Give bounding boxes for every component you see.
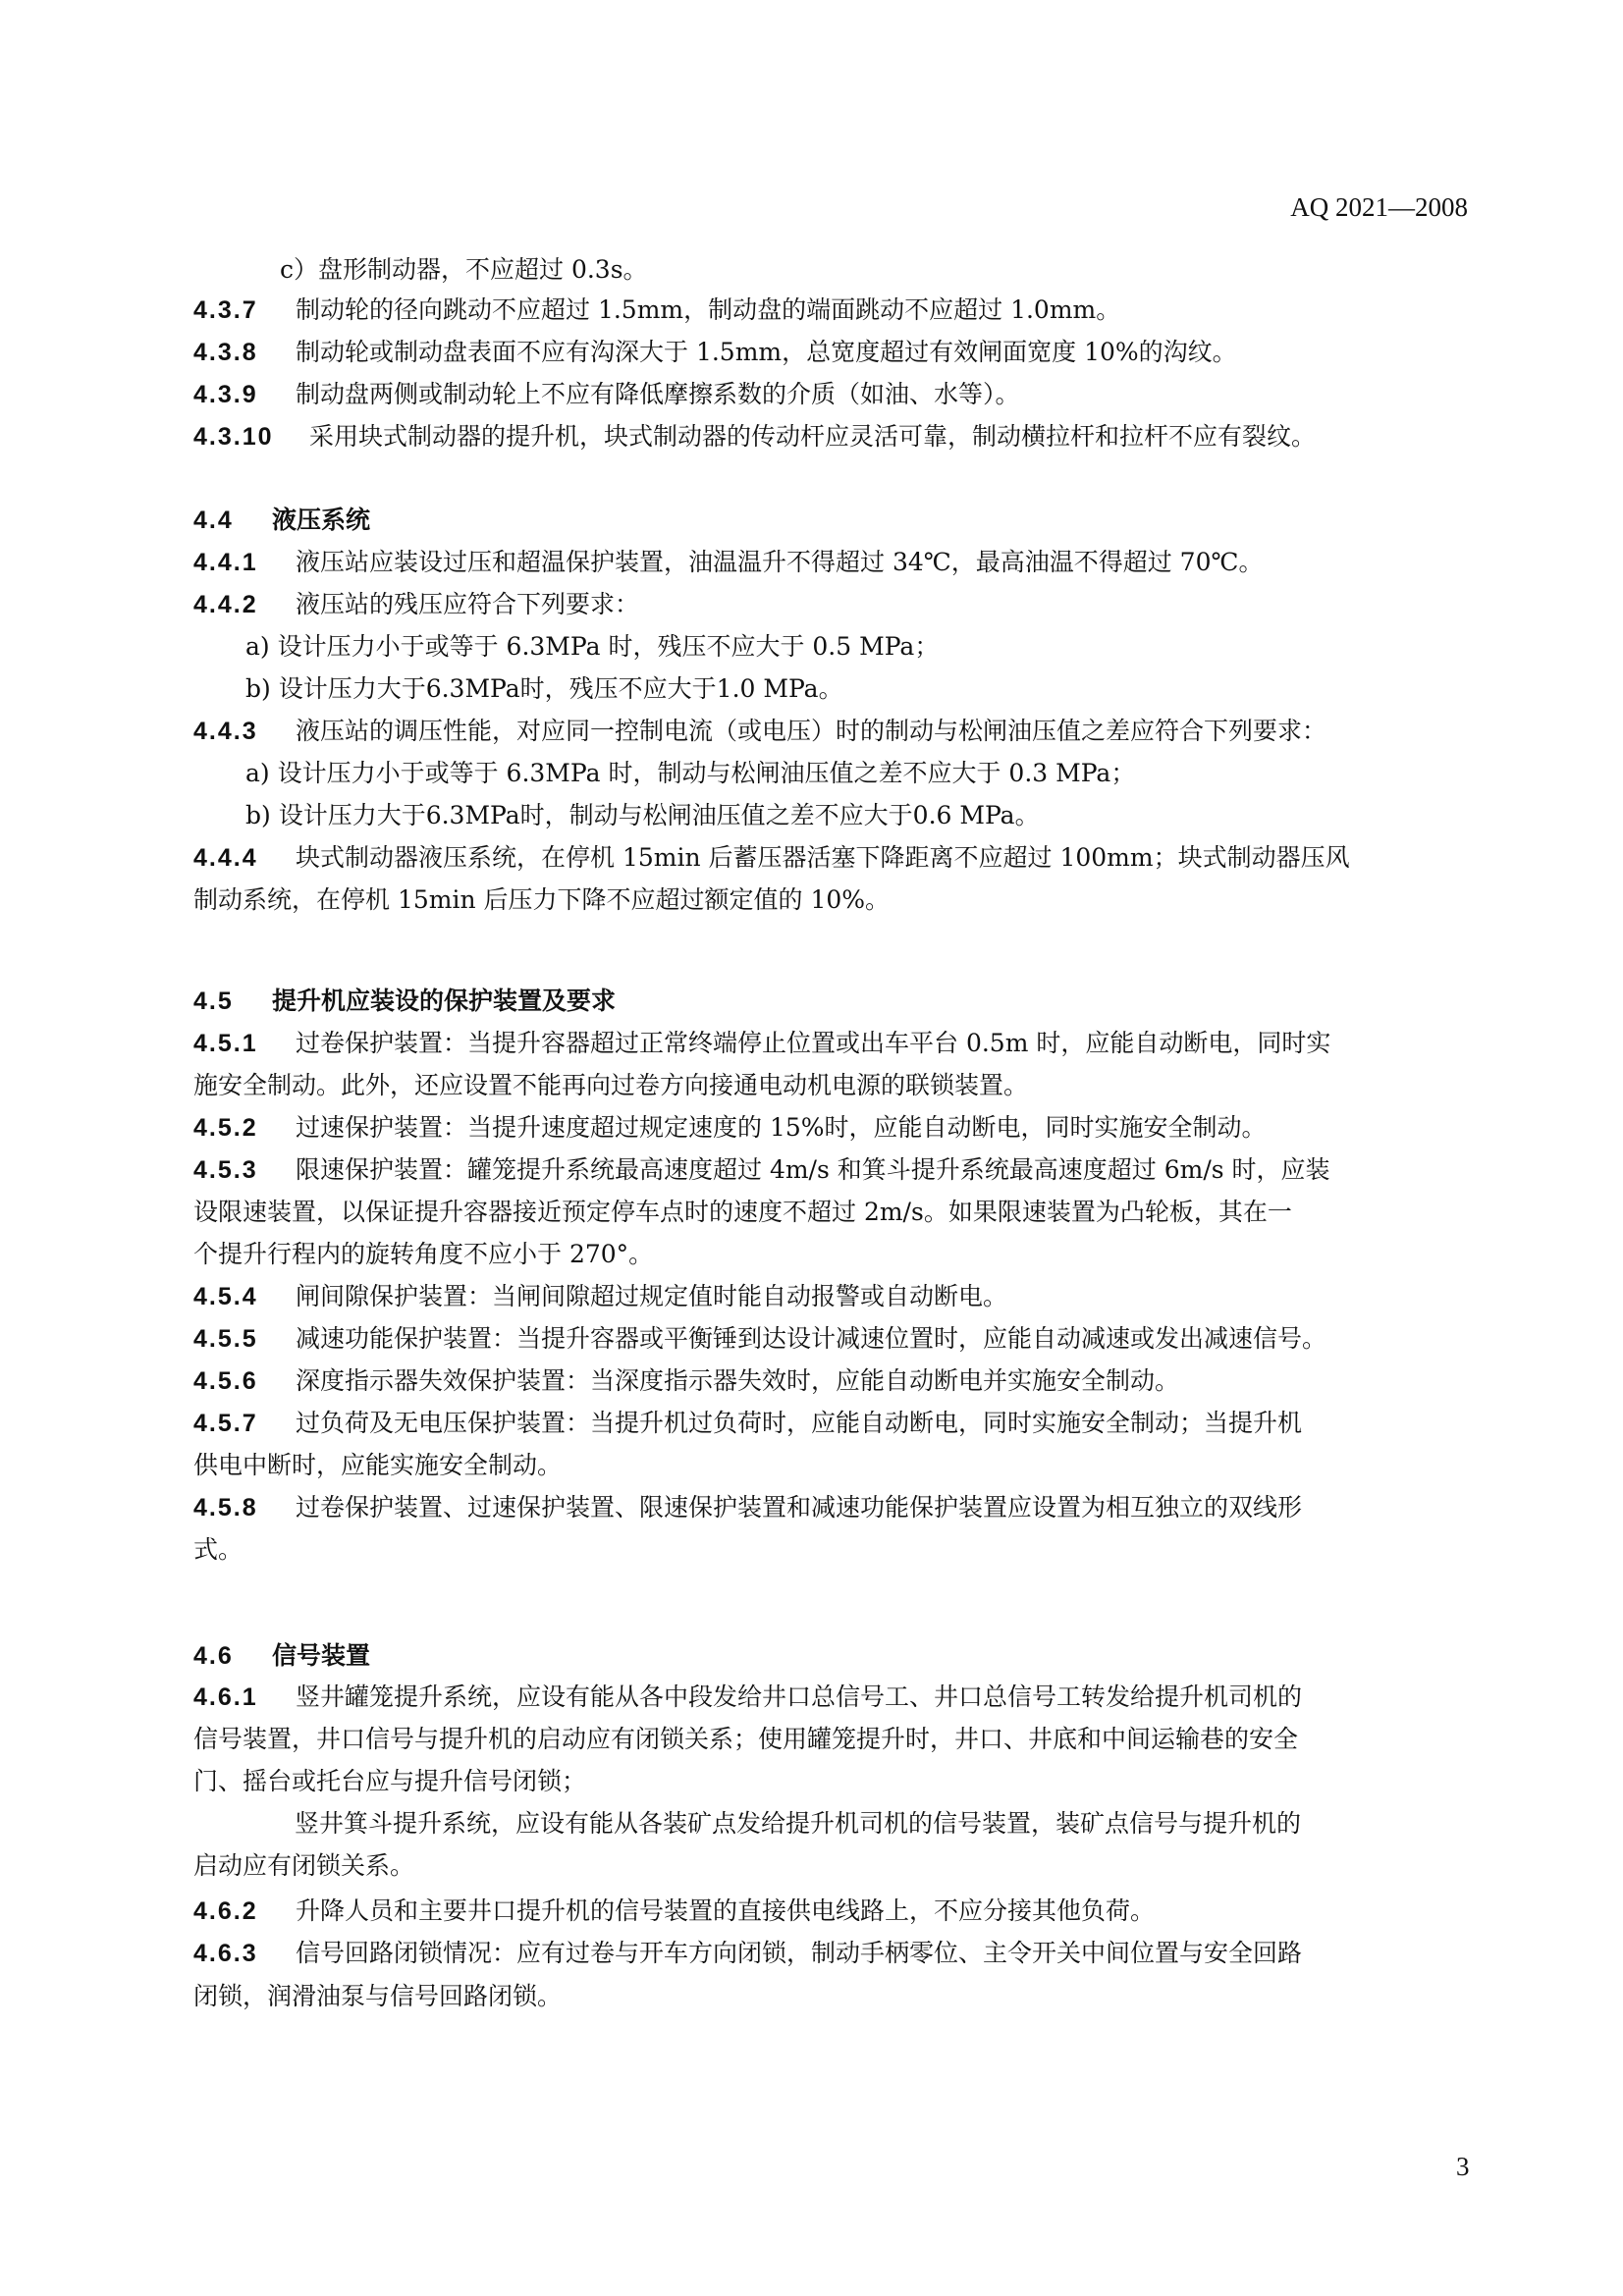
line-text: b) 设计压力大于6.3MPa时，残压不应大于1.0 MPa。 — [245, 674, 843, 703]
line-text: 竖井箕斗提升系统，应设有能从各装矿点发给提升机司机的信号装置，装矿点信号与提升机… — [295, 1809, 1301, 1838]
section-heading-4-4: 4.4液压系统 — [193, 499, 1470, 541]
clause-text: 过卷保护装置：当提升容器超过正常终端停止位置或出车平台 0.5m 时，应能自动断… — [296, 1029, 1330, 1057]
clause-4-6-3: 4.6.3信号回路闭锁情况：应有过卷与开车方向闭锁，制动手柄零位、主令开关中间位… — [193, 1932, 1470, 1974]
page-number: 3 — [1456, 2152, 1470, 2182]
clause-4-5-1: 4.5.1过卷保护装置：当提升容器超过正常终端停止位置或出车平台 0.5m 时，… — [193, 1022, 1470, 1064]
clause-4-3-7: 4.3.7制动轮的径向跳动不应超过 1.5mm，制动盘的端面跳动不应超过 1.0… — [193, 289, 1470, 331]
clause-continuation: 式。 — [193, 1528, 1470, 1571]
clause-text: 升降人员和主要井口提升机的信号装置的直接供电线路上，不应分接其他负荷。 — [296, 1896, 1155, 1925]
clause-number: 4.5.3 — [193, 1149, 296, 1192]
clause-4-5-6: 4.5.6深度指示器失效保护装置：当深度指示器失效时，应能自动断电并实施安全制动… — [193, 1360, 1470, 1402]
line-text: 式。 — [193, 1535, 243, 1564]
clause-text: 制动轮的径向跳动不应超过 1.5mm，制动盘的端面跳动不应超过 1.0mm。 — [296, 295, 1120, 324]
line-text: 启动应有闭锁关系。 — [193, 1851, 414, 1880]
section-heading-4-6: 4.6信号装置 — [193, 1634, 1470, 1677]
section-heading-4-5: 4.5提升机应装设的保护装置及要求 — [193, 980, 1470, 1022]
clause-number: 4.4.3 — [193, 711, 296, 753]
clause-continuation: 制动系统，在停机 15min 后压力下降不应超过额定值的 10%。 — [193, 879, 1470, 921]
line-text: 信号装置，井口信号与提升机的启动应有闭锁关系；使用罐笼提升时，井口、井底和中间运… — [193, 1725, 1298, 1753]
clause-number: 4.6.2 — [193, 1891, 296, 1933]
list-item-b: b) 设计压力大于6.3MPa时，残压不应大于1.0 MPa。 — [245, 667, 1522, 710]
clause-number: 4.6.1 — [193, 1677, 296, 1719]
clause-text: 液压站应装设过压和超温保护装置，油温温升不得超过 34℃，最高油温不得超过 70… — [296, 548, 1263, 576]
line-text: 制动系统，在停机 15min 后压力下降不应超过额定值的 10%。 — [193, 885, 890, 914]
clause-4-5-7: 4.5.7过负荷及无电压保护装置：当提升机过负荷时，应能自动断电，同时实施安全制… — [193, 1402, 1470, 1444]
clause-continuation: 启动应有闭锁关系。 — [193, 1844, 1470, 1887]
line-text: a) 设计压力小于或等于 6.3MPa 时，残压不应大于 0.5 MPa； — [245, 632, 939, 661]
clause-text: 限速保护装置：罐笼提升系统最高速度超过 4m/s 和箕斗提升系统最高速度超过 6… — [296, 1155, 1330, 1184]
section-title: 提升机应装设的保护装置及要求 — [272, 987, 616, 1015]
clause-text: 减速功能保护装置：当提升容器或平衡锤到达设计减速位置时，应能自动减速或发出减速信… — [296, 1324, 1326, 1353]
clause-text: 信号回路闭锁情况：应有过卷与开车方向闭锁，制动手柄零位、主令开关中间位置与安全回… — [296, 1939, 1302, 1967]
clause-number: 4.3.10 — [193, 416, 309, 458]
clause-4-5-8: 4.5.8过卷保护装置、过速保护装置、限速保护装置和减速功能保护装置应设置为相互… — [193, 1486, 1470, 1528]
clause-4-3-8: 4.3.8制动轮或制动盘表面不应有沟深大于 1.5mm，总宽度超过有效闸面宽度 … — [193, 331, 1470, 373]
clause-text: 制动轮或制动盘表面不应有沟深大于 1.5mm，总宽度超过有效闸面宽度 10%的沟… — [296, 338, 1237, 366]
line-text: a) 设计压力小于或等于 6.3MPa 时，制动与松闸油压值之差不应大于 0.3… — [245, 759, 1135, 787]
clause-continuation: 施安全制动。此外，还应设置不能再向过卷方向接通电动机电源的联锁装置。 — [193, 1064, 1470, 1106]
clause-text: 竖井罐笼提升系统，应设有能从各中段发给井口总信号工、井口总信号工转发给提升机司机… — [296, 1682, 1302, 1711]
document-page: AQ 2021—2008 c）盘形制动器，不应超过 0.3s。 4.3.7制动轮… — [0, 0, 1623, 2296]
clause-text: 块式制动器液压系统，在停机 15min 后蓄压器活塞下降距离不应超过 100mm… — [296, 843, 1350, 872]
line-text: c）盘形制动器，不应超过 0.3s。 — [280, 255, 648, 284]
clause-number: 4.5.1 — [193, 1023, 296, 1065]
clause-text: 过卷保护装置、过速保护装置、限速保护装置和减速功能保护装置应设置为相互独立的双线… — [296, 1493, 1302, 1522]
clause-number: 4.5.7 — [193, 1403, 296, 1445]
list-item-b: b) 设计压力大于6.3MPa时，制动与松闸油压值之差不应大于0.6 MPa。 — [245, 794, 1522, 836]
section-number: 4.6 — [193, 1635, 272, 1678]
clause-number: 4.5.5 — [193, 1318, 296, 1361]
clause-text: 深度指示器失效保护装置：当深度指示器失效时，应能自动断电并实施安全制动。 — [296, 1366, 1179, 1395]
clause-continuation: 闭锁，润滑油泵与信号回路闭锁。 — [193, 1975, 1470, 2017]
clause-4-4-4: 4.4.4块式制动器液压系统，在停机 15min 后蓄压器活塞下降距离不应超过 … — [193, 836, 1470, 879]
clause-number: 4.5.4 — [193, 1276, 296, 1318]
clause-4-4-3: 4.4.3液压站的调压性能，对应同一控制电流（或电压）时的制动与松闸油压值之差应… — [193, 710, 1470, 752]
clause-text: 闸间隙保护装置：当闸间隙超过规定值时能自动报警或自动断电。 — [296, 1282, 1007, 1310]
clause-text: 液压站的调压性能，对应同一控制电流（或电压）时的制动与松闸油压值之差应符合下列要… — [296, 717, 1326, 745]
list-item-c: c）盘形制动器，不应超过 0.3s。 — [280, 248, 1556, 291]
clause-text: 制动盘两侧或制动轮上不应有降低摩擦系数的介质（如油、水等）。 — [296, 380, 1020, 408]
clause-number: 4.3.9 — [193, 374, 296, 416]
clause-continuation: 信号装置，井口信号与提升机的启动应有闭锁关系；使用罐笼提升时，井口、井底和中间运… — [193, 1718, 1470, 1760]
line-text: 个提升行程内的旋转角度不应小于 270°。 — [193, 1240, 653, 1268]
clause-4-4-2: 4.4.2液压站的残压应符合下列要求： — [193, 583, 1470, 625]
clause-4-3-10: 4.3.10采用块式制动器的提升机，块式制动器的传动杆应灵活可靠，制动横拉杆和拉… — [193, 415, 1470, 457]
clause-continuation: 门、摇台或托台应与提升信号闭锁； — [193, 1760, 1470, 1802]
line-text: 闭锁，润滑油泵与信号回路闭锁。 — [193, 1982, 562, 2010]
clause-text: 采用块式制动器的提升机，块式制动器的传动杆应灵活可靠，制动横拉杆和拉杆不应有裂纹… — [309, 422, 1316, 451]
section-title: 液压系统 — [272, 506, 370, 534]
line-text: 设限速装置，以保证提升容器接近预定停车点时的速度不超过 2m/s。如果限速装置为… — [193, 1198, 1292, 1226]
clause-text: 液压站的残压应符合下列要求： — [296, 590, 639, 618]
document-code-header: AQ 2021—2008 — [1290, 192, 1468, 223]
list-item-a: a) 设计压力小于或等于 6.3MPa 时，残压不应大于 0.5 MPa； — [245, 625, 1522, 667]
clause-4-6-2: 4.6.2升降人员和主要井口提升机的信号装置的直接供电线路上，不应分接其他负荷。 — [193, 1890, 1470, 1932]
clause-4-5-4: 4.5.4闸间隙保护装置：当闸间隙超过规定值时能自动报警或自动断电。 — [193, 1275, 1470, 1317]
clause-text: 过负荷及无电压保护装置：当提升机过负荷时，应能自动断电，同时实施安全制动；当提升… — [296, 1409, 1302, 1437]
line-text: 门、摇台或托台应与提升信号闭锁； — [193, 1767, 586, 1795]
clause-number: 4.3.8 — [193, 332, 296, 374]
paragraph-indented: 竖井箕斗提升系统，应设有能从各装矿点发给提升机司机的信号装置，装矿点信号与提升机… — [295, 1802, 1571, 1844]
clause-4-5-3: 4.5.3限速保护装置：罐笼提升系统最高速度超过 4m/s 和箕斗提升系统最高速… — [193, 1148, 1470, 1191]
clause-continuation: 个提升行程内的旋转角度不应小于 270°。 — [193, 1233, 1470, 1275]
line-text: 供电中断时，应能实施安全制动。 — [193, 1451, 562, 1479]
clause-text: 过速保护装置：当提升速度超过规定速度的 15%时，应能自动断电，同时实施安全制动… — [296, 1113, 1267, 1142]
clause-number: 4.5.2 — [193, 1107, 296, 1149]
clause-number: 4.3.7 — [193, 290, 296, 332]
clause-number: 4.5.6 — [193, 1361, 296, 1403]
section-number: 4.5 — [193, 981, 272, 1023]
line-text: b) 设计压力大于6.3MPa时，制动与松闸油压值之差不应大于0.6 MPa。 — [245, 801, 1040, 829]
clause-number: 4.4.2 — [193, 584, 296, 626]
section-title: 信号装置 — [272, 1641, 370, 1670]
clause-4-6-1: 4.6.1竖井罐笼提升系统，应设有能从各中段发给井口总信号工、井口总信号工转发给… — [193, 1676, 1470, 1718]
clause-4-4-1: 4.4.1液压站应装设过压和超温保护装置，油温温升不得超过 34℃，最高油温不得… — [193, 541, 1470, 583]
clause-4-5-2: 4.5.2过速保护装置：当提升速度超过规定速度的 15%时，应能自动断电，同时实… — [193, 1106, 1470, 1148]
clause-number: 4.6.3 — [193, 1933, 296, 1975]
clause-continuation: 设限速装置，以保证提升容器接近预定停车点时的速度不超过 2m/s。如果限速装置为… — [193, 1191, 1470, 1233]
clause-4-3-9: 4.3.9制动盘两侧或制动轮上不应有降低摩擦系数的介质（如油、水等）。 — [193, 373, 1470, 415]
line-text: 施安全制动。此外，还应设置不能再向过卷方向接通电动机电源的联锁装置。 — [193, 1071, 1028, 1099]
clause-number: 4.4.1 — [193, 542, 296, 584]
list-item-a: a) 设计压力小于或等于 6.3MPa 时，制动与松闸油压值之差不应大于 0.3… — [245, 752, 1522, 794]
clause-number: 4.5.8 — [193, 1487, 296, 1529]
clause-4-5-5: 4.5.5减速功能保护装置：当提升容器或平衡锤到达设计减速位置时，应能自动减速或… — [193, 1317, 1470, 1360]
clause-number: 4.4.4 — [193, 837, 296, 880]
clause-continuation: 供电中断时，应能实施安全制动。 — [193, 1444, 1470, 1486]
section-number: 4.4 — [193, 500, 272, 542]
